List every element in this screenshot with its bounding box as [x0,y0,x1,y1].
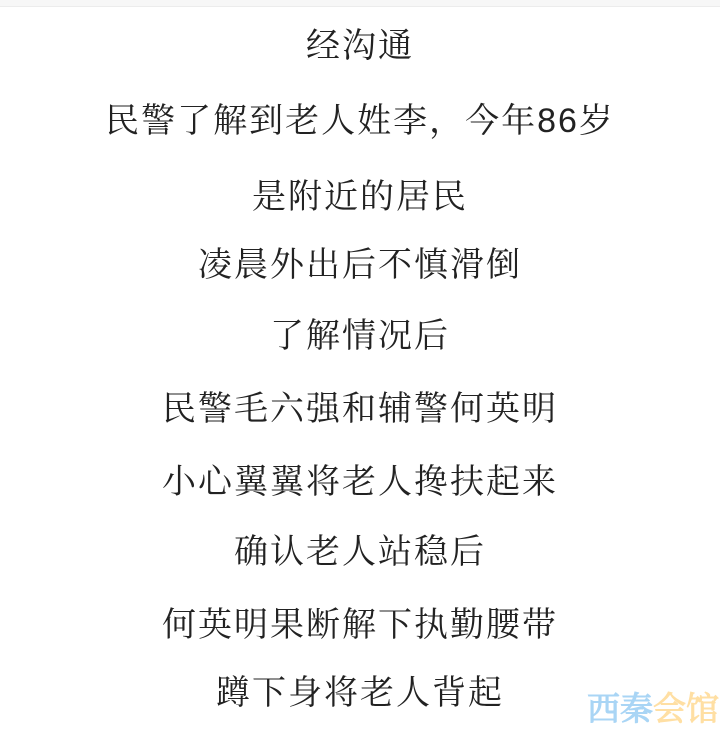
subtitle-line-4: 凌晨外出后不慎滑倒 [0,245,720,285]
subtitle-line-7: 小心翼翼将老人搀扶起来 [0,462,720,502]
page: { "page": { "background_color": "#ffffff… [0,0,720,732]
subtitle-line-8: 确认老人站稳后 [0,532,720,572]
subtitle-line-2: 民警了解到老人姓李，今年86岁 [0,101,720,141]
subtitle-line-3: 是附近的居民 [0,177,720,217]
subtitle-line-5: 了解情况后 [0,316,720,356]
subtitle-line-1: 经沟通 [0,26,720,66]
subtitle-line-9: 何英明果断解下执勤腰带 [0,605,720,645]
subtitle-line-6: 民警毛六强和辅警何英明 [0,389,720,429]
watermark: 西秦会馆 [587,692,719,725]
watermark-part-xiqin: 西秦 [587,690,653,727]
watermark-part-huiguan: 会馆 [653,690,719,727]
subtitle-stack: 经沟通 民警了解到老人姓李，今年86岁 是附近的居民 凌晨外出后不慎滑倒 了解情… [0,0,720,732]
